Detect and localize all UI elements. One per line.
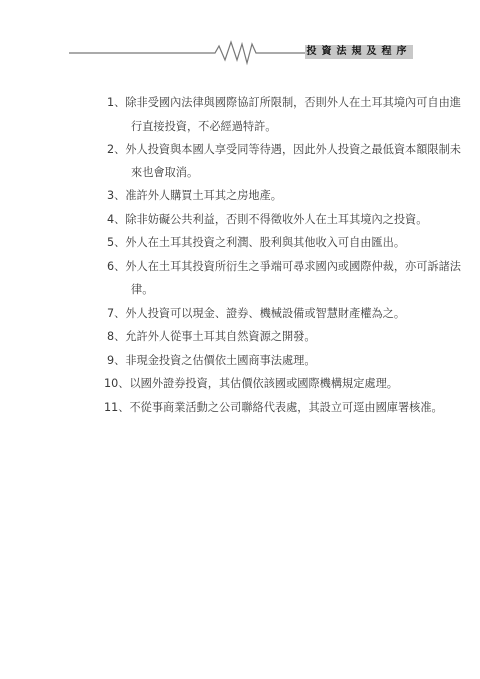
list-item: 4、除非妨礙公共利益，否則不得徵收外人在土耳其境內之投資。 — [107, 213, 427, 227]
list-item-continuation: 來也會取消。 — [131, 166, 198, 180]
list-item: 7、外人投資可以現金、證券、機械設備或智慧財產權為之。 — [107, 307, 405, 321]
list-item: 5、外人在土耳其投資之利潤、股利與其他收入可自由匯出。 — [107, 236, 405, 250]
chapter-title: 投資法規及程序 — [305, 45, 413, 59]
list-item-continuation: 律。 — [131, 283, 153, 297]
list-item: 11、不從事商業活動之公司聯絡代表處，其設立可逕由國庫署核准。 — [104, 401, 443, 415]
list-item: 6、外人在土耳其投資所衍生之爭端可尋求國內或國際仲裁，亦可訴諸法 — [107, 260, 461, 274]
list-item: 9、非現金投資之估價依土國商事法處理。 — [107, 354, 316, 368]
list-item: 8、允許外人從事土耳其自然資源之開發。 — [107, 330, 316, 344]
list-item: 3、准許外人購買土耳其之房地產。 — [107, 189, 282, 203]
list-item: 1、除非受國內法律與國際協訂所限制，否則外人在土耳其境內可自由進 — [107, 96, 461, 110]
list-item: 10、以國外證券投資，其估價依該國或國際機構規定處理。 — [104, 377, 398, 391]
list-item: 2、外人投資與本國人享受同等待遇，因此外人投資之最低資本額限制未 — [107, 143, 461, 157]
list-item-continuation: 行直接投資，不必經過特許。 — [131, 120, 276, 134]
